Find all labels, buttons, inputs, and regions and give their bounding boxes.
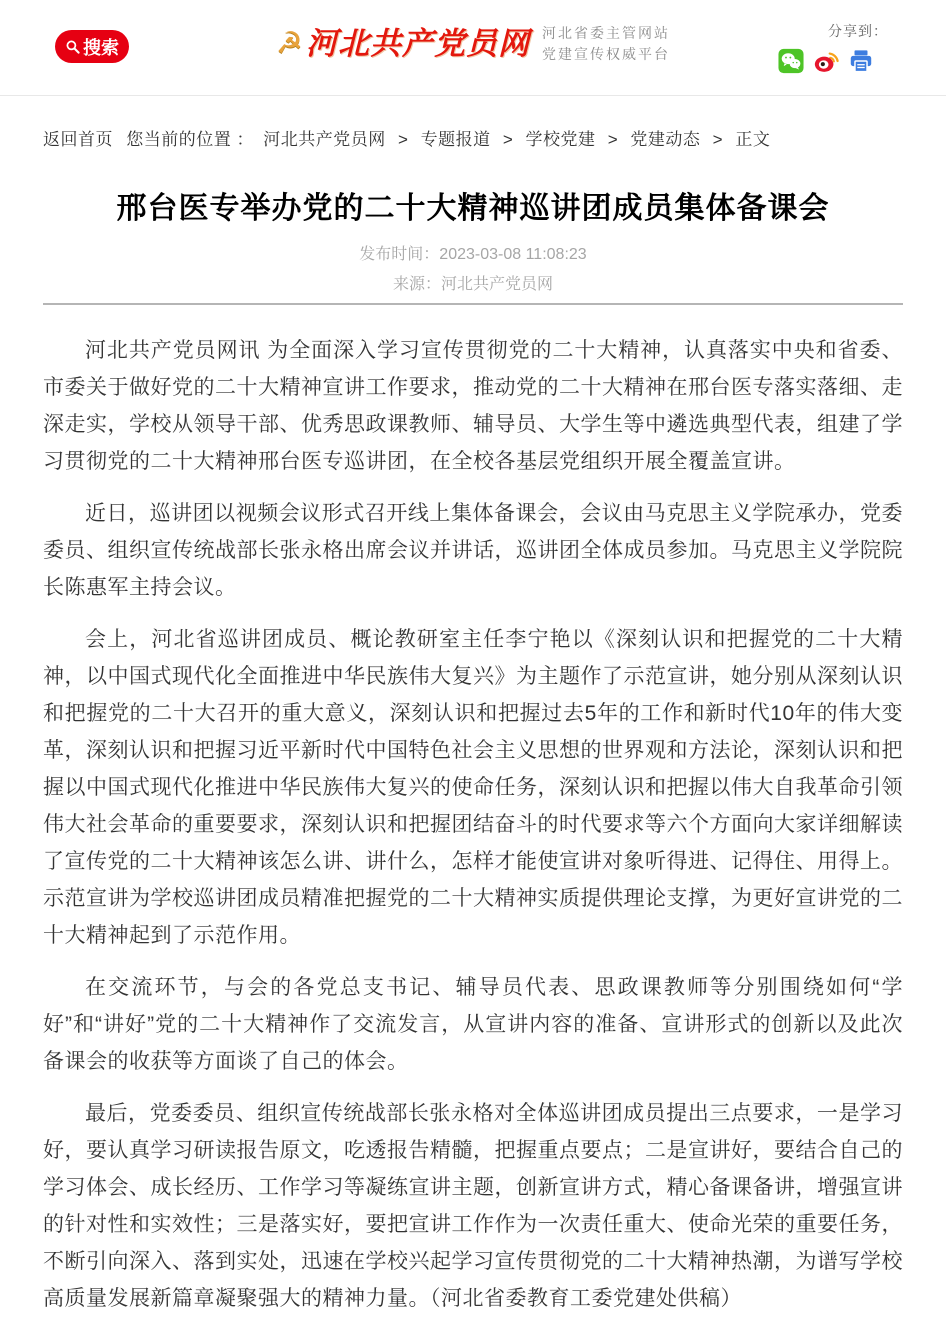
share-icons — [778, 48, 888, 74]
breadcrumb-item-party-news[interactable]: 党建动态 — [630, 130, 700, 149]
article-body: 河北共产党员网讯 为全面深入学习宣传贯彻党的二十大精神，认真落实中央和省委、市委… — [43, 332, 903, 1317]
site-tagline: 河北省委主管网站 党建宣传权威平台 — [542, 23, 670, 65]
article-paragraph-5: 最后，党委委员、组织宣传统战部长张永格对全体巡讲团成员提出三点要求，一是学习好，… — [43, 1095, 903, 1317]
page: 搜索 ☭ 河北共产党员网 河北省委主管网站 党建宣传权威平台 分享到： — [0, 0, 946, 1317]
article-paragraph-1: 河北共产党员网讯 为全面深入学习宣传贯彻党的二十大精神，认真落实中央和省委、市委… — [43, 332, 903, 480]
breadcrumb-separator: > — [713, 130, 723, 149]
share-label: 分享到： — [778, 21, 888, 41]
title-divider — [43, 303, 903, 305]
share-block: 分享到： — [778, 21, 888, 74]
back-home-link[interactable]: 返回首页 — [43, 130, 113, 149]
tagline-line2: 党建宣传权威平台 — [542, 44, 670, 65]
article: 邢台医专举办党的二十大精神巡讲团成员集体备课会 发布时间：2023-03-08 … — [43, 183, 903, 1317]
breadcrumb-separator: > — [608, 130, 618, 149]
tagline-line1: 河北省委主管网站 — [542, 23, 670, 44]
party-emblem-icon: ☭ — [276, 29, 303, 59]
article-source: 来源：河北共产党员网 — [43, 270, 903, 300]
weibo-icon[interactable] — [813, 48, 839, 74]
site-name: 河北共产党员网 — [306, 22, 530, 66]
site-header: 搜索 ☭ 河北共产党员网 河北省委主管网站 党建宣传权威平台 分享到： — [0, 0, 946, 96]
article-paragraph-3: 会上，河北省巡讲团成员、概论教研室主任李宁艳以《深刻认识和把握党的二十大精神，以… — [43, 621, 903, 954]
article-title: 邢台医专举办党的二十大精神巡讲团成员集体备课会 — [43, 183, 903, 227]
site-logo[interactable]: ☭ 河北共产党员网 河北省委主管网站 党建宣传权威平台 — [276, 22, 670, 66]
search-button[interactable]: 搜索 — [55, 30, 129, 63]
breadcrumb-item-special-report[interactable]: 专题报道 — [421, 130, 491, 149]
breadcrumb: 返回首页 您当前的位置 ： 河北共产党员网 > 专题报道 > 学校党建 > 党建… — [43, 125, 903, 150]
article-paragraph-4: 在交流环节，与会的各党总支书记、辅导员代表、思政课教师等分别围绕如何“学好”和“… — [43, 969, 903, 1080]
breadcrumb-item-school-party[interactable]: 学校党建 — [526, 130, 596, 149]
breadcrumb-separator: > — [503, 130, 513, 149]
search-icon — [65, 39, 81, 55]
search-button-label: 搜索 — [83, 34, 119, 60]
breadcrumb-item-site[interactable]: 河北共产党员网 — [263, 130, 386, 149]
breadcrumb-location-label: 您当前的位置 ： — [126, 130, 254, 149]
breadcrumb-item-current[interactable]: 正文 — [735, 130, 770, 149]
wechat-icon[interactable] — [778, 48, 804, 74]
print-icon[interactable] — [848, 48, 874, 74]
breadcrumb-separator: > — [398, 130, 408, 149]
publish-time: 发布时间：2023-03-08 11:08:23 — [43, 240, 903, 270]
article-paragraph-2: 近日，巡讲团以视频会议形式召开线上集体备课会，会议由马克思主义学院承办，党委委员… — [43, 495, 903, 606]
